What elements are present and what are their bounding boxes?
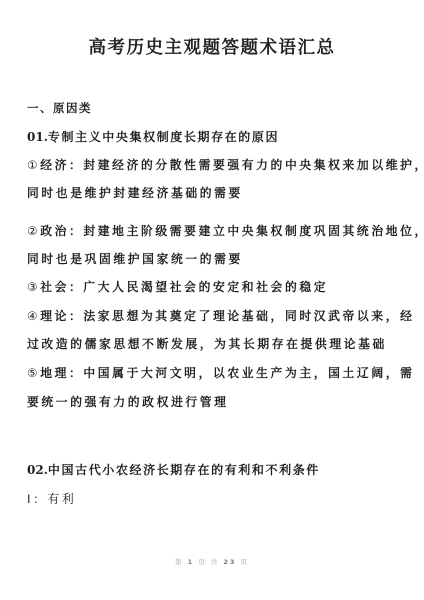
question-title: 中国古代小农经济长期存在的有利和不利条件 — [48, 463, 320, 477]
list-item-continuation: 过改造的儒家思想不断发展，为其长期存在提供理论基础 — [27, 335, 387, 352]
list-item-politics: ②政治：封建地主阶级需要建立中央集权制度巩固其统治地位， — [27, 222, 424, 239]
circled-number: ① — [27, 158, 40, 172]
question-title: 专制主义中央集权制度长期存在的原因 — [48, 130, 279, 144]
footer-middle: 页 共 — [198, 558, 219, 566]
list-item-continuation: 同时也是巩固维护国家统一的需要 — [27, 250, 243, 267]
document-title: 高考历史主观题答题术语汇总 — [0, 34, 424, 59]
list-item-geography: ⑤地理：中国属于大河文明，以农业生产为主，国土辽阔，需 — [27, 364, 415, 381]
document-page: 高考历史主观题答题术语汇总 一、原因类 01.专制主义中央集权制度长期存在的原因… — [0, 0, 424, 600]
circled-number: ④ — [27, 309, 40, 323]
item-text: 要统一的强有力的政权进行管理 — [27, 395, 229, 409]
footer-prefix: 第 — [175, 558, 184, 566]
item-label: 社会： — [40, 280, 83, 294]
list-item-theory: ④理论：法家思想为其奠定了理论基础，同时汉武帝以来，经 — [27, 307, 415, 324]
current-page-number: 1 — [188, 558, 195, 566]
item-text: 同时也是巩固维护国家统一的需要 — [27, 252, 243, 266]
page-footer: 第 1 页 共 23 页 — [0, 557, 424, 566]
question-heading: 02.中国古代小农经济长期存在的有利和不利条件 — [27, 461, 320, 478]
item-text: 封建地主阶级需要建立中央集权制度巩固其统治地位， — [83, 224, 424, 238]
item-label: 经济： — [40, 158, 83, 172]
circled-number: ③ — [27, 280, 40, 294]
item-text: 广大人民渴望社会的安定和社会的稳定 — [83, 280, 328, 294]
item-text: 中国属于大河文明，以农业生产为主，国土辽阔，需 — [83, 366, 414, 380]
item-label: 理论： — [40, 309, 83, 323]
question-heading: 01.专制主义中央集权制度长期存在的原因 — [27, 128, 279, 145]
section-heading: 一、原因类 — [27, 100, 92, 116]
question-number: 01. — [27, 130, 48, 144]
item-label: 政治： — [40, 224, 83, 238]
list-item-society: ③社会：广大人民渴望社会的安定和社会的稳定 — [27, 278, 328, 295]
circled-number: ⑤ — [27, 366, 40, 380]
item-label: 地理： — [40, 366, 83, 380]
list-item-continuation: 要统一的强有力的政权进行管理 — [27, 393, 229, 410]
item-text: 封建经济的分散性需要强有力的中央集权来加以维护， — [83, 158, 424, 172]
footer-suffix: 页 — [240, 558, 249, 566]
subheading-favorable: Ⅰ：有利 — [27, 490, 76, 507]
list-item-continuation: 同时也是维护封建经济基础的需要 — [27, 184, 243, 201]
item-text: 同时也是维护封建经济基础的需要 — [27, 186, 243, 200]
item-text: 过改造的儒家思想不断发展，为其长期存在提供理论基础 — [27, 337, 387, 351]
total-pages: 23 — [223, 558, 236, 566]
item-text: 法家思想为其奠定了理论基础，同时汉武帝以来，经 — [83, 309, 414, 323]
question-number: 02. — [27, 463, 48, 477]
circled-number: ② — [27, 224, 40, 238]
list-item-economy: ①经济：封建经济的分散性需要强有力的中央集权来加以维护， — [27, 156, 424, 173]
